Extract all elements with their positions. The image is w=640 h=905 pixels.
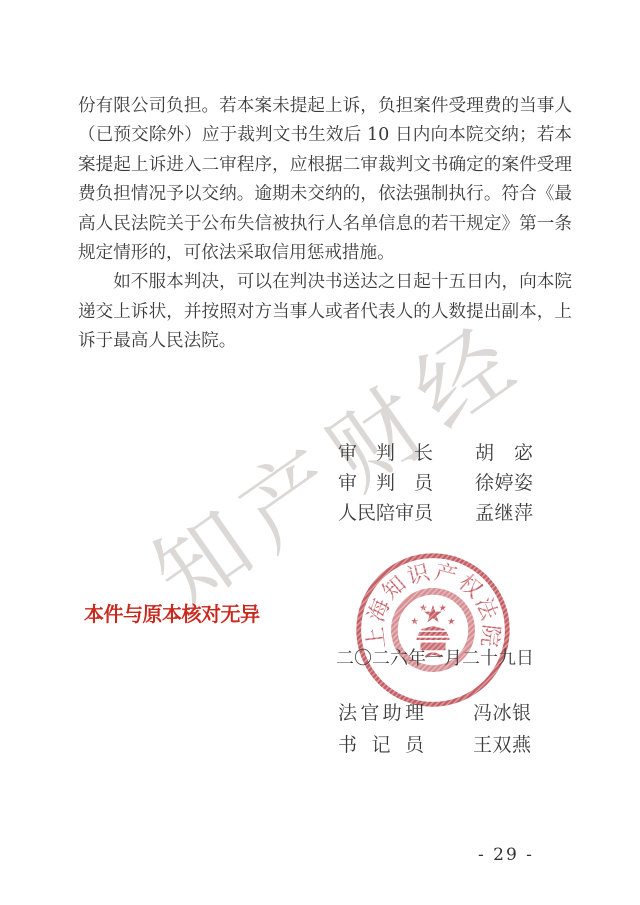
judge-name: 胡宓	[475, 438, 533, 468]
court-seal: 上海知识产权法院	[351, 548, 515, 712]
staff-role: 书记员	[338, 729, 424, 761]
verification-stamp: 本件与原本核对无异	[84, 598, 260, 627]
signature-row: 审判长 胡宓	[338, 438, 533, 468]
judge-role: 审判员	[338, 468, 433, 498]
staff-signature-block: 法官助理 冯冰银 书记员 王双燕	[338, 697, 531, 761]
judge-role: 人民陪审员	[338, 498, 433, 528]
judge-name: 徐婷姿	[475, 468, 533, 498]
court-seal-icon: 上海知识产权法院	[351, 548, 515, 712]
body-paragraph-1: 份有限公司负担。若本案未提起上诉，负担案件受理费的当事人（已预交除外）应于裁判文…	[78, 92, 572, 268]
staff-name: 王双燕	[473, 729, 531, 761]
judgment-page: 知产财经 份有限公司负担。若本案未提起上诉，负担案件受理费的当事人（已预交除外）…	[0, 0, 640, 905]
page-number: - 29 -	[478, 845, 534, 865]
signature-row: 法官助理 冯冰银	[338, 697, 531, 729]
body-paragraph-2: 如不服本判决，可以在判决书送达之日起十五日内，向本院递交上诉状，并按照对方当事人…	[78, 268, 572, 356]
signature-row: 审判员 徐婷姿	[338, 468, 533, 498]
staff-name: 冯冰银	[473, 697, 531, 729]
staff-role: 法官助理	[338, 697, 424, 729]
judge-name: 孟继萍	[475, 498, 533, 528]
judge-signature-block: 审判长 胡宓 审判员 徐婷姿 人民陪审员 孟继萍	[338, 438, 533, 528]
signature-row: 人民陪审员 孟继萍	[338, 498, 533, 528]
signature-row: 书记员 王双燕	[338, 729, 531, 761]
judgment-body: 份有限公司负担。若本案未提起上诉，负担案件受理费的当事人（已预交除外）应于裁判文…	[78, 92, 572, 357]
judge-role: 审判长	[338, 438, 433, 468]
judgment-date: 二〇二六年一月二十九日	[336, 644, 534, 670]
